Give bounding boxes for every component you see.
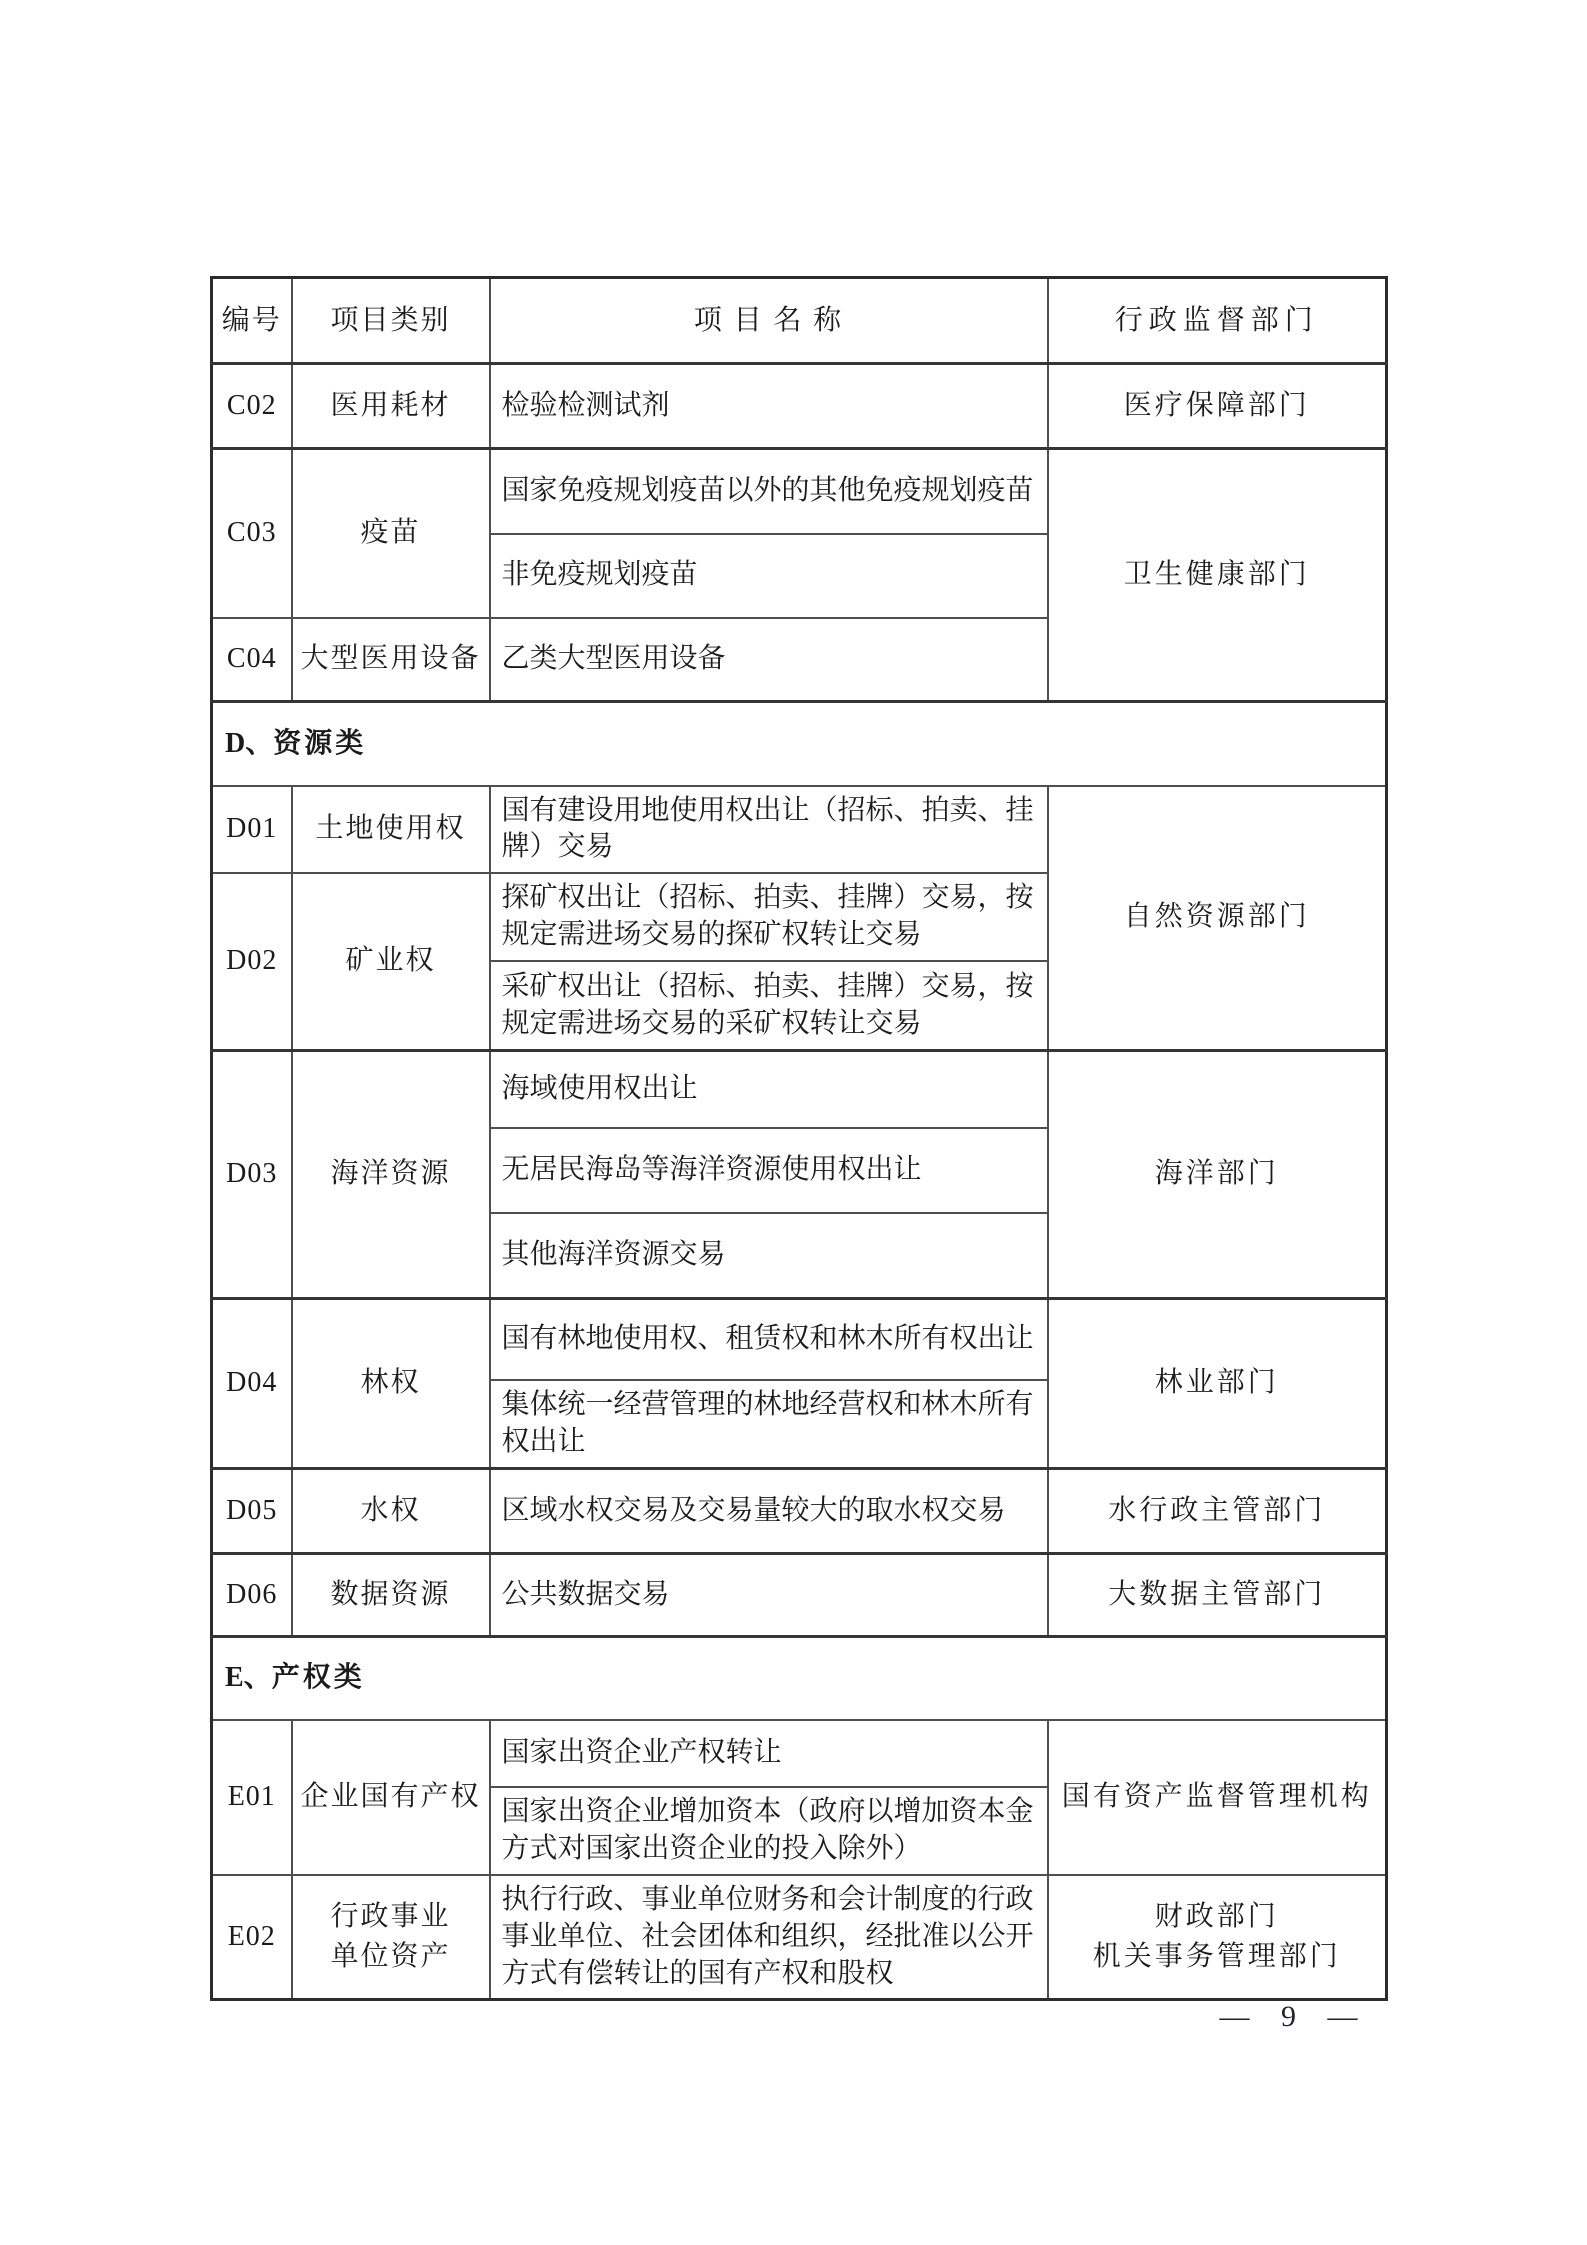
section-row-d: D、资源类 <box>212 702 1387 786</box>
cell-c02-category: 医用耗材 <box>292 364 490 449</box>
cell-e02-code: E02 <box>212 1875 292 2000</box>
cell-e02-category: 行政事业 单位资产 <box>292 1875 490 2000</box>
cell-d06-name: 公共数据交易 <box>490 1554 1048 1637</box>
cell-d03-name2: 无居民海岛等海洋资源使用权出让 <box>490 1128 1048 1213</box>
section-d-title: 资源类 <box>273 727 366 758</box>
cell-c04-code: C04 <box>212 618 292 702</box>
cell-d04-supervisor: 林业部门 <box>1048 1298 1387 1468</box>
cell-d01-d02-supervisor: 自然资源部门 <box>1048 786 1387 1051</box>
section-label-d: D、资源类 <box>212 702 1387 786</box>
cell-c03-code: C03 <box>212 449 292 618</box>
cell-e02-supervisor: 财政部门 机关事务管理部门 <box>1048 1875 1387 2000</box>
cell-d05-category: 水权 <box>292 1469 490 1554</box>
cell-c02-name: 检验检测试剂 <box>490 364 1048 449</box>
cell-c03-c04-supervisor: 卫生健康部门 <box>1048 449 1387 702</box>
page-number: — 9 — <box>1180 2000 1400 2034</box>
table-header-row: 编号 项目类别 项 目 名 称 行政监督部门 <box>212 278 1387 364</box>
cell-c03-name2: 非免疫规划疫苗 <box>490 534 1048 618</box>
header-supervisor: 行政监督部门 <box>1048 278 1387 364</box>
cell-d03-code: D03 <box>212 1050 292 1298</box>
cell-d06-supervisor: 大数据主管部门 <box>1048 1554 1387 1637</box>
classification-table: 编号 项目类别 项 目 名 称 行政监督部门 C02 医用耗材 检验检测试剂 医… <box>210 276 1388 2001</box>
document-page: 编号 项目类别 项 目 名 称 行政监督部门 C02 医用耗材 检验检测试剂 医… <box>0 0 1587 2245</box>
cell-d04-code: D04 <box>212 1298 292 1468</box>
cell-e02-name: 执行行政、事业单位财务和会计制度的行政事业单位、社会团体和组织，经批准以公开方式… <box>490 1875 1048 2000</box>
table-row: C02 医用耗材 检验检测试剂 医疗保障部门 <box>212 364 1387 449</box>
cell-d03-name1: 海域使用权出让 <box>490 1050 1048 1128</box>
cell-d06-code: D06 <box>212 1554 292 1637</box>
cell-d02-code: D02 <box>212 873 292 1050</box>
cell-d04-name1: 国有林地使用权、租赁权和林木所有权出让 <box>490 1298 1048 1380</box>
cell-d06-category: 数据资源 <box>292 1554 490 1637</box>
cell-d03-supervisor: 海洋部门 <box>1048 1050 1387 1298</box>
cell-d05-code: D05 <box>212 1469 292 1554</box>
section-label-e: E、产权类 <box>212 1637 1387 1720</box>
cell-c03-name1: 国家免疫规划疫苗以外的其他免疫规划疫苗 <box>490 449 1048 534</box>
cell-e01-code: E01 <box>212 1720 292 1875</box>
cell-c02-supervisor: 医疗保障部门 <box>1048 364 1387 449</box>
table-row: D04 林权 国有林地使用权、租赁权和林木所有权出让 林业部门 <box>212 1298 1387 1380</box>
cell-e01-name1: 国家出资企业产权转让 <box>490 1720 1048 1787</box>
cell-e01-supervisor: 国有资产监督管理机构 <box>1048 1720 1387 1875</box>
e02-supervisor-line1: 财政部门 <box>1049 1897 1386 1937</box>
e02-category-line1: 行政事业 <box>293 1897 489 1937</box>
table-row: D05 水权 区域水权交易及交易量较大的取水权交易 水行政主管部门 <box>212 1469 1387 1554</box>
cell-d01-category: 土地使用权 <box>292 786 490 874</box>
header-category: 项目类别 <box>292 278 490 364</box>
cell-d01-code: D01 <box>212 786 292 874</box>
cell-d01-name: 国有建设用地使用权出让（招标、拍卖、挂牌）交易 <box>490 786 1048 874</box>
cell-d02-name2: 采矿权出让（招标、拍卖、挂牌）交易，按规定需进场交易的采矿权转让交易 <box>490 961 1048 1050</box>
section-d-prefix: D、 <box>225 728 273 759</box>
table-row: E01 企业国有产权 国家出资企业产权转让 国有资产监督管理机构 <box>212 1720 1387 1787</box>
section-e-title: 产权类 <box>272 1661 365 1692</box>
cell-e01-name2: 国家出资企业增加资本（政府以增加资本金方式对国家出资企业的投入除外） <box>490 1787 1048 1875</box>
header-name: 项 目 名 称 <box>490 278 1048 364</box>
table-row: D06 数据资源 公共数据交易 大数据主管部门 <box>212 1554 1387 1637</box>
cell-d04-name2: 集体统一经营管理的林地经营权和林木所有权出让 <box>490 1380 1048 1468</box>
cell-d05-name: 区域水权交易及交易量较大的取水权交易 <box>490 1469 1048 1554</box>
cell-c03-category: 疫苗 <box>292 449 490 618</box>
cell-c02-code: C02 <box>212 364 292 449</box>
cell-d03-name3: 其他海洋资源交易 <box>490 1213 1048 1298</box>
cell-e01-category: 企业国有产权 <box>292 1720 490 1875</box>
section-e-prefix: E、 <box>225 1662 272 1693</box>
table-row: E02 行政事业 单位资产 执行行政、事业单位财务和会计制度的行政事业单位、社会… <box>212 1875 1387 2000</box>
cell-d02-name1: 探矿权出让（招标、拍卖、挂牌）交易，按规定需进场交易的探矿权转让交易 <box>490 873 1048 961</box>
e02-category-line2: 单位资产 <box>293 1937 489 1977</box>
table-row: D03 海洋资源 海域使用权出让 海洋部门 <box>212 1050 1387 1128</box>
section-row-e: E、产权类 <box>212 1637 1387 1720</box>
cell-c04-name: 乙类大型医用设备 <box>490 618 1048 702</box>
e02-supervisor-line2: 机关事务管理部门 <box>1049 1937 1386 1977</box>
cell-d04-category: 林权 <box>292 1298 490 1468</box>
cell-d05-supervisor: 水行政主管部门 <box>1048 1469 1387 1554</box>
cell-c04-category: 大型医用设备 <box>292 618 490 702</box>
cell-d02-category: 矿业权 <box>292 873 490 1050</box>
table-row: D01 土地使用权 国有建设用地使用权出让（招标、拍卖、挂牌）交易 自然资源部门 <box>212 786 1387 874</box>
table-row: C03 疫苗 国家免疫规划疫苗以外的其他免疫规划疫苗 卫生健康部门 <box>212 449 1387 534</box>
cell-d03-category: 海洋资源 <box>292 1050 490 1298</box>
header-code: 编号 <box>212 278 292 364</box>
